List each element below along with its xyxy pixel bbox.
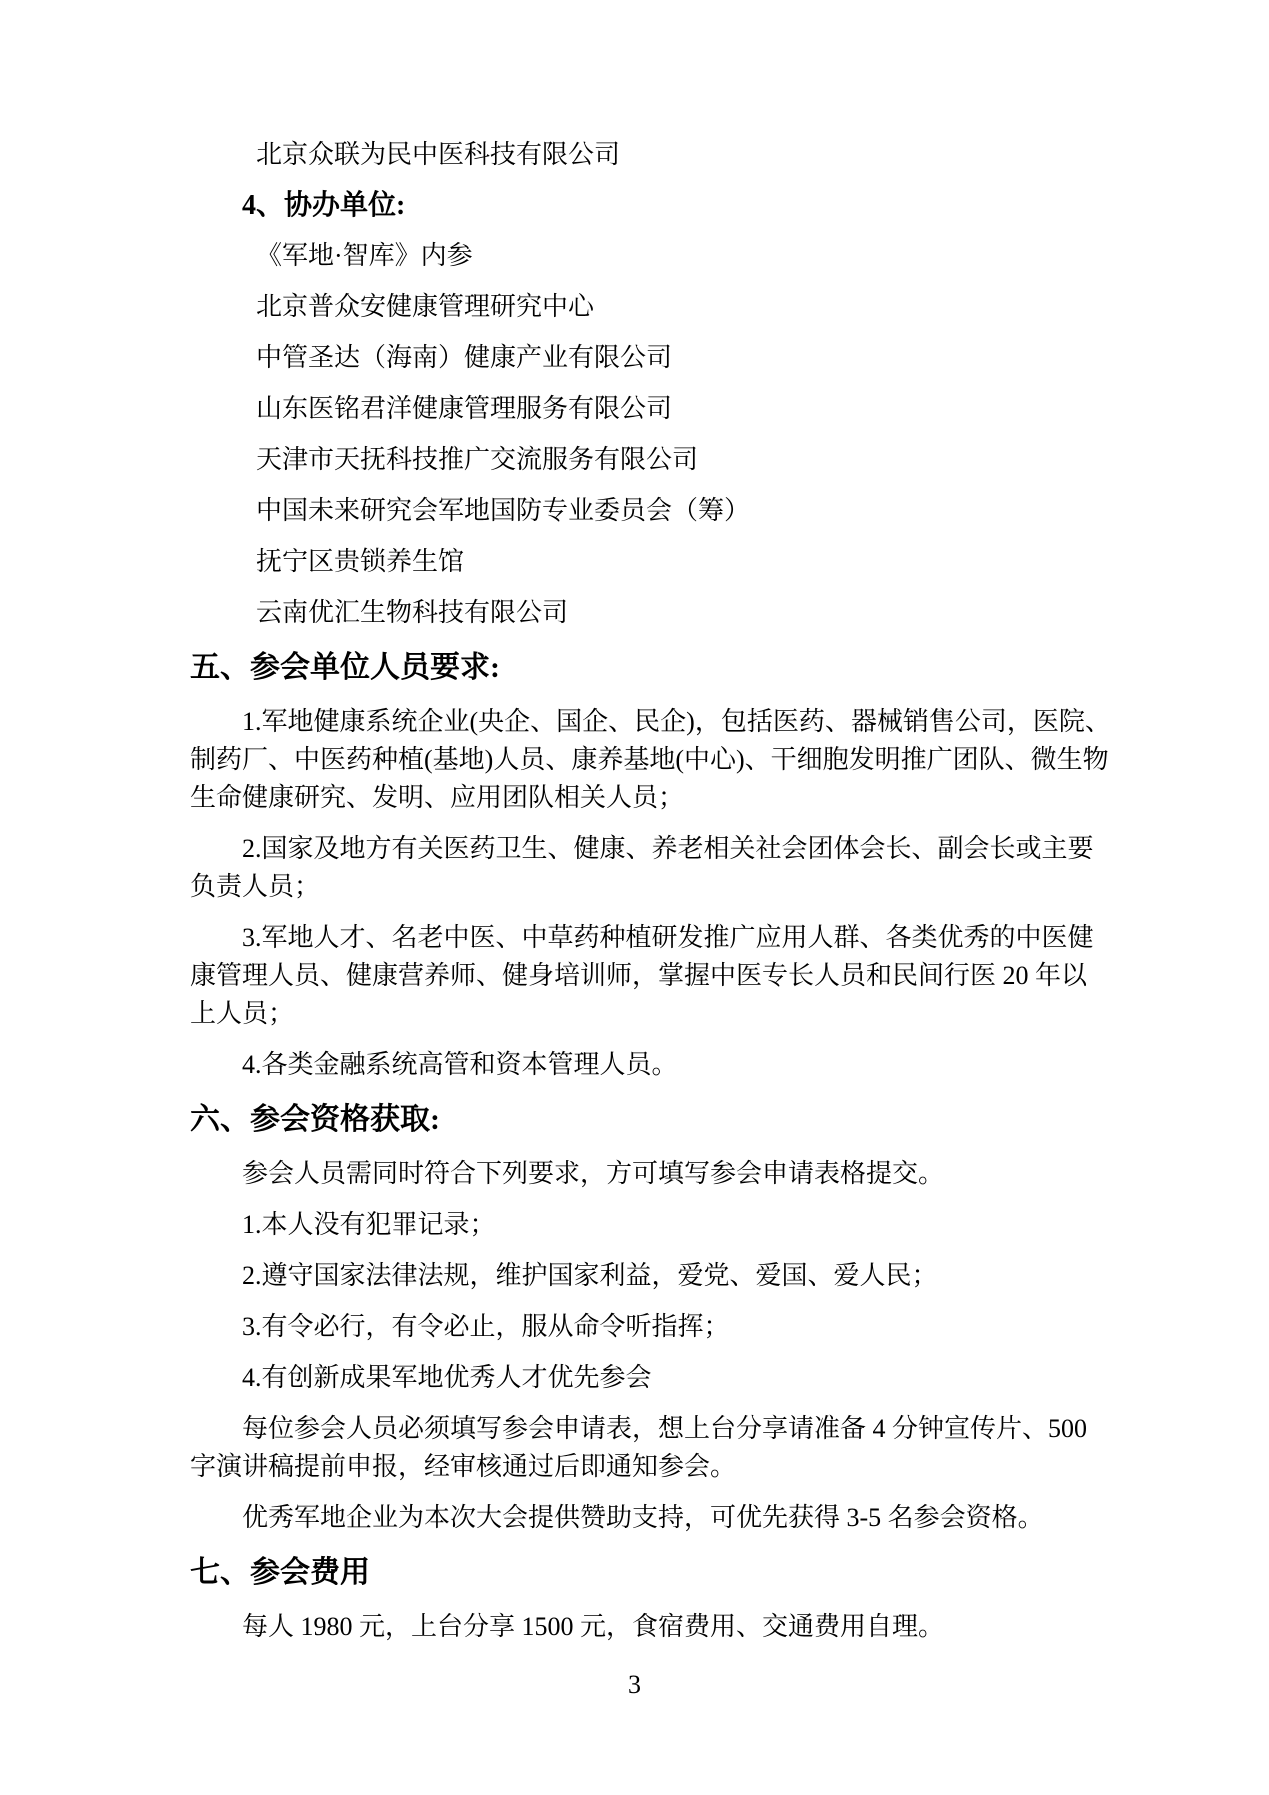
co-organizer-item: 《军地·智库》内参 [190,237,1109,275]
paragraph-fee: 每人 1980 元，上台分享 1500 元，食宿费用、交通费用自理。 [190,1608,1109,1646]
text-line: 制药厂、中医药种植(基地)人员、康养基地(中心)、干细胞发明推广团队、微生物 [190,741,1109,779]
text-line: 每位参会人员必须填写参会申请表，想上台分享请准备 4 分钟宣传片、500 [190,1410,1109,1448]
text-line: 参会人员需同时符合下列要求，方可填写参会申请表格提交。 [190,1155,1109,1193]
paragraph-requirement-1: 1.军地健康系统企业(央企、国企、民企)，包括医药、器械销售公司，医院、 制药厂… [190,703,1109,817]
paragraph-application-note: 每位参会人员必须填写参会申请表，想上台分享请准备 4 分钟宣传片、500 字演讲… [190,1410,1109,1486]
paragraph-requirement-4: 4.各类金融系统高管和资本管理人员。 [190,1046,1109,1084]
section-heading-fee: 七、参会费用 [190,1550,1109,1596]
paragraph-sponsor-note: 优秀军地企业为本次大会提供赞助支持，可优先获得 3-5 名参会资格。 [190,1499,1109,1537]
qualification-item-3: 3.有令必行，有令必止，服从命令听指挥； [190,1308,1109,1346]
section-heading-attendee-requirements: 五、参会单位人员要求: [190,645,1109,691]
paragraph-qualification-intro: 参会人员需同时符合下列要求，方可填写参会申请表格提交。 [190,1155,1109,1193]
text-line: 优秀军地企业为本次大会提供赞助支持，可优先获得 3-5 名参会资格。 [190,1499,1109,1537]
qualification-item-1: 1.本人没有犯罪记录； [190,1206,1109,1244]
document-page: 北京众联为民中医科技有限公司 4、协办单位: 《军地·智库》内参 北京普众安健康… [0,0,1269,1795]
text-line: 负责人员； [190,868,1109,906]
qualification-item-2: 2.遵守国家法律法规，维护国家利益，爱党、爱国、爱人民； [190,1257,1109,1295]
co-organizer-item: 中管圣达（海南）健康产业有限公司 [190,339,1109,377]
paragraph-requirement-2: 2.国家及地方有关医药卫生、健康、养老相关社会团体会长、副会长或主要 负责人员； [190,830,1109,906]
co-organizer-item: 北京普众安健康管理研究中心 [190,288,1109,326]
text-line: 1.本人没有犯罪记录； [190,1206,1109,1244]
co-organizer-item: 天津市天抚科技推广交流服务有限公司 [190,441,1109,479]
text-line: 生命健康研究、发明、应用团队相关人员； [190,779,1109,817]
text-line: 2.国家及地方有关医药卫生、健康、养老相关社会团体会长、副会长或主要 [190,830,1109,868]
co-organizer-item: 抚宁区贵锁养生馆 [190,543,1109,581]
text-line: 康管理人员、健康营养师、健身培训师，掌握中医专长人员和民间行医 20 年以 [190,957,1109,995]
co-organizer-item: 中国未来研究会军地国防专业委员会（筹） [190,492,1109,530]
text-line: 3.有令必行，有令必止，服从命令听指挥； [190,1308,1109,1346]
co-organizer-item: 山东医铭君洋健康管理服务有限公司 [190,390,1109,428]
text-line: 4.各类金融系统高管和资本管理人员。 [190,1046,1109,1084]
text-line: 字演讲稿提前申报，经审核通过后即通知参会。 [190,1448,1109,1486]
qualification-item-4: 4.有创新成果军地优秀人才优先参会 [190,1359,1109,1397]
text-line: 3.军地人才、名老中医、中草药种植研发推广应用人群、各类优秀的中医健 [190,919,1109,957]
organizer-item: 北京众联为民中医科技有限公司 [190,136,1109,174]
co-organizer-heading: 4、协办单位: [190,187,1109,225]
text-line: 1.军地健康系统企业(央企、国企、民企)，包括医药、器械销售公司，医院、 [190,703,1109,741]
text-line: 4.有创新成果军地优秀人才优先参会 [190,1359,1109,1397]
text-line: 上人员； [190,995,1109,1033]
text-line: 2.遵守国家法律法规，维护国家利益，爱党、爱国、爱人民； [190,1257,1109,1295]
section-heading-qualification: 六、参会资格获取: [190,1097,1109,1143]
text-line: 每人 1980 元，上台分享 1500 元，食宿费用、交通费用自理。 [190,1608,1109,1646]
page-number: 3 [0,1666,1269,1704]
paragraph-requirement-3: 3.军地人才、名老中医、中草药种植研发推广应用人群、各类优秀的中医健 康管理人员… [190,919,1109,1033]
co-organizer-item: 云南优汇生物科技有限公司 [190,594,1109,632]
